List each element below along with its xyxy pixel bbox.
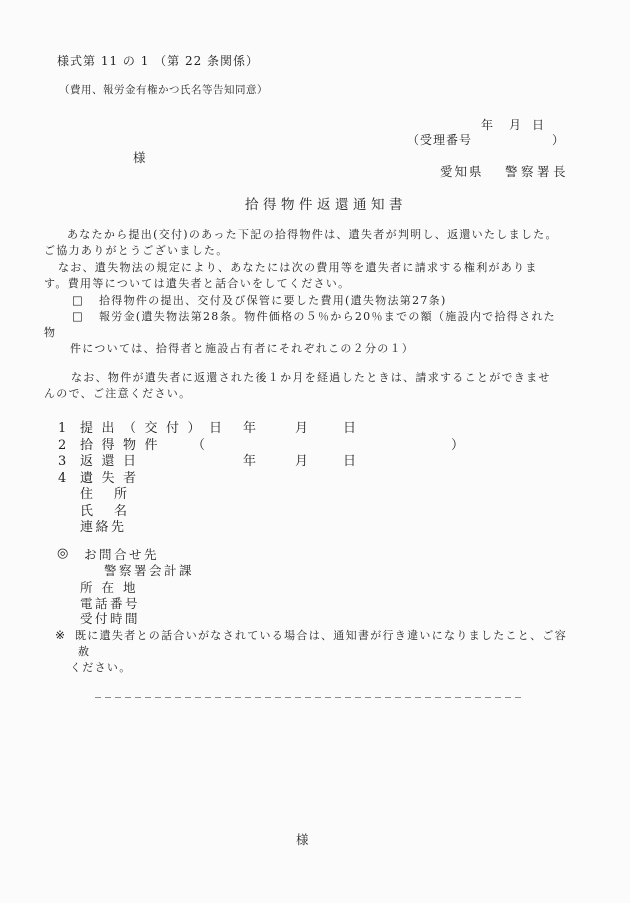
item-label: 遺失者 [80,472,145,487]
document-title: 拾得物件返還通知書 [245,198,407,214]
body-line: なお、遺失物法の規定により、あなたには次の費用等を遺失者に請求する権利がありま [58,262,538,275]
item-label: 提出（交付）日 [80,422,231,437]
body-line: なお、物件が遺失者に返還された後１か月を経過したときは、請求することができませ [71,372,551,385]
reception-number-open: （受理番号 [407,134,472,148]
checkbox-label: 報労金(遺失物法第28条。物件価格の５％から20％までの額（施設内で拾得された [99,311,556,324]
body-line: 物 [44,327,56,340]
body-line: ご協力ありがとうございました。 [44,245,229,258]
contact-field-hours: 受付時間 [80,612,140,626]
item-day-label: 日 [343,455,357,470]
footer-addressee-honorific: 様 [296,833,311,847]
contact-field-location: 所 在 地 [80,581,138,595]
item-month-label: 月 [295,422,309,437]
contact-field-phone: 電話番号 [80,597,140,611]
issue-date-year-label: 年 [481,119,494,133]
reception-number-close: ） [552,134,565,148]
consent-note: （費用、報労金有権かつ氏名等告知同意） [59,84,268,96]
issuer-office-title: 警察署長 [505,165,569,179]
issue-date-day-label: 日 [532,119,545,133]
item-number: 3 [58,455,67,470]
note-line: ください。 [70,662,132,675]
item-year-label: 年 [243,422,257,437]
item-day-label: 日 [343,422,357,437]
item-paren-open: （ [192,439,206,454]
contact-heading: お問合せ先 [84,548,159,562]
item-label: 拾得物件 [80,439,166,454]
body-line: あなたから提出(交付)のあった下記の拾得物件は、遺失者が判明し、返還いたしました… [67,229,558,242]
document-page: 様式第 11 の 1 （第 22 条関係） （費用、報労金有権かつ氏名等告知同意… [0,0,630,903]
contact-department: 警察署会計課 [104,564,194,578]
issue-date-month-label: 月 [509,119,522,133]
item-label: 返還日 [80,455,145,470]
contact-marker-icon: ◎ [57,547,69,562]
loser-field-contact: 連絡先 [80,521,127,536]
item-number: 2 [58,439,67,454]
note-line: 既に遺失者との話合いがなされている場合は、通知書が行き違いになりましたこと、ご容 [75,630,567,643]
addressee-honorific: 様 [133,151,148,165]
dashed-divider [95,697,523,698]
item-paren-close: ） [451,439,465,454]
loser-field-name: 氏 名 [80,505,131,520]
item-number: 1 [58,422,67,437]
body-line: んので、ご注意ください。 [44,388,191,401]
issuer-prefecture: 愛知県 [440,165,484,179]
note-line: 赦 [78,646,90,659]
checkbox-label: 拾得物件の提出、交付及び保管に要した費用(遺失物法第27条) [99,295,447,308]
checkbox-icon: □ [72,310,84,323]
item-number: 4 [58,472,67,487]
checkbox-icon: □ [72,294,84,307]
item-month-label: 月 [295,455,309,470]
body-line: 件については、拾得者と施設占有者にそれぞれこの２分の１） [70,343,414,356]
item-year-label: 年 [243,455,257,470]
loser-field-address: 住 所 [80,488,131,503]
note-marker-icon: ※ [55,629,66,643]
body-line: す。費用等については遺失者と話合いをしてください。 [44,278,350,291]
form-number-label: 様式第 11 の 1 （第 22 条関係） [57,55,259,69]
